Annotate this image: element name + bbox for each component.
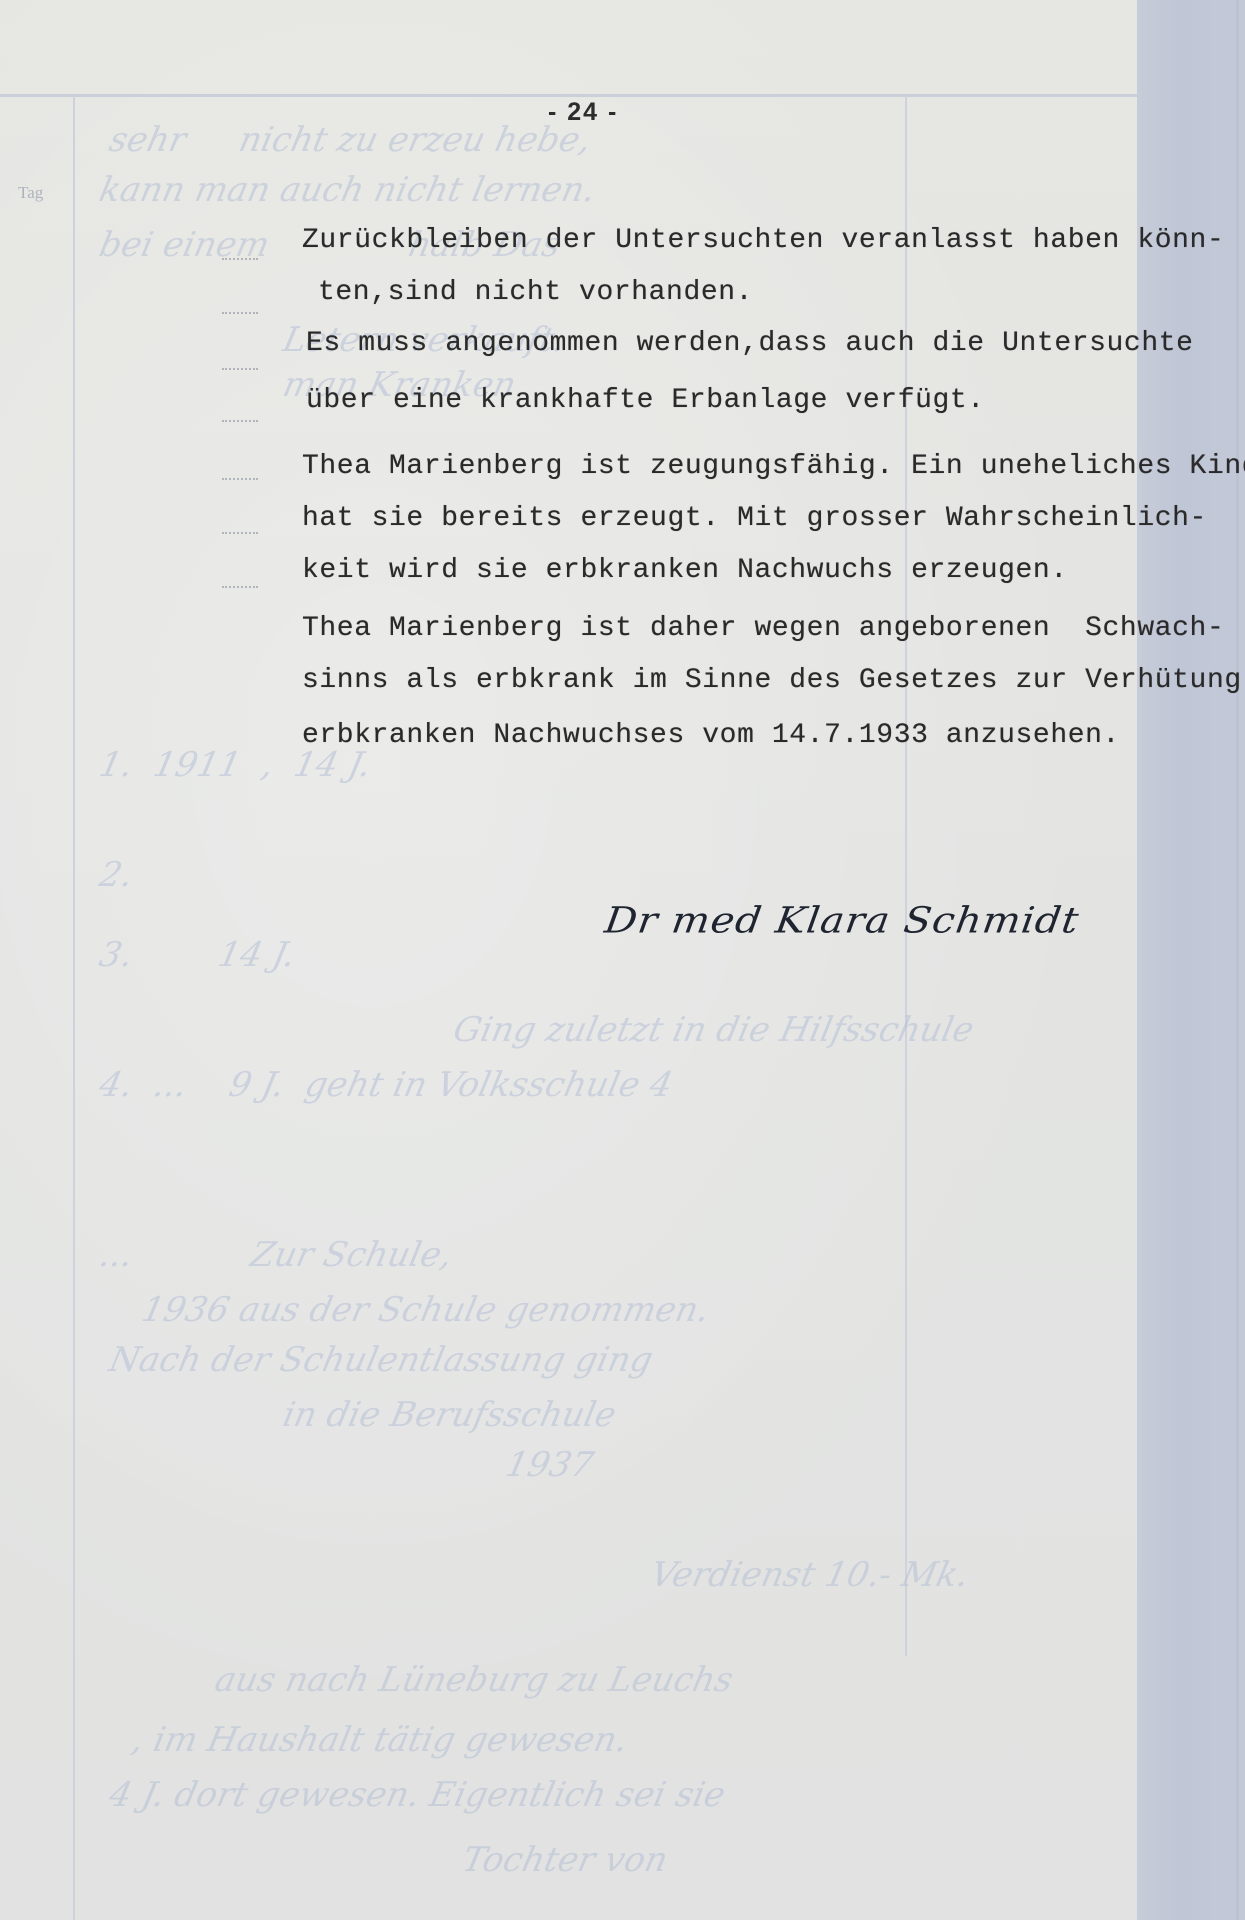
bleed-through-line: , im Haushalt tätig gewesen. [96,1720,632,1760]
bleed-through-line: 1. 1911 , 14 J. [96,745,375,785]
horizontal-rule [0,94,1137,97]
bleed-through-line: in die Berufsschule [96,1395,620,1435]
margin-label: Tag [18,183,43,203]
margin-mark [222,586,258,590]
bleed-through-line: aus nach Lüneburg zu Leuchs [136,1660,737,1700]
bleed-through-line: 3. 14 J. [96,935,299,975]
bleed-through-line: Nach der Schulentlassung ging [106,1340,657,1380]
typed-line: Es muss angenommen werden,dass auch die … [306,328,1194,359]
bleed-through-line: 2. [96,855,137,895]
typed-line: Thea Marienberg ist zeugungsfähig. Ein u… [302,451,1245,482]
bleed-through-line: Verdienst 10.- Mk. [496,1555,973,1595]
page-number: - 24 - [548,98,618,127]
typed-line: keit wird sie erbkranken Nachwuchs erzeu… [302,555,1068,586]
bleed-through-line: kann man auch nicht lernen. [96,170,599,210]
bleed-through-line: sehr nicht zu erzeu hebe, [106,120,595,160]
typed-line: erbkranken Nachwuchses vom 14.7.1933 anz… [302,720,1120,751]
document-page: Tag sehr nicht zu erzeu hebe, kann man a… [0,0,1245,1920]
right-edge-strip [1137,0,1245,1920]
left-margin-rule [73,96,75,1920]
margin-mark [222,258,258,262]
bleed-through-line: 4. ... 9 J. geht in Volksschule 4 [96,1065,676,1105]
bleed-through-line: 1937 [416,1445,598,1485]
margin-mark [222,532,258,536]
bleed-through-line: Ging zuletzt in die Hilfsschule [396,1010,978,1050]
margin-mark [222,478,258,482]
margin-mark [222,312,258,316]
bleed-through-line: Tochter von [416,1840,672,1880]
typed-line: über eine krankhafte Erbanlage verfügt. [306,385,985,416]
bleed-through-line: 4 J. dort gewesen. Eigentlich sei sie [106,1775,729,1815]
bleed-through-line: ... Zur Schule, [96,1235,456,1275]
margin-mark [222,368,258,372]
margin-mark [222,420,258,424]
typed-line: sinns als erbkrank im Sinne des Gesetzes… [302,665,1242,696]
bleed-through-line: 1936 aus der Schule genommen. [106,1290,713,1330]
typed-line: ten,sind nicht vorhanden. [318,277,753,308]
typed-line: Zurückbleiben der Untersuchten veranlass… [302,225,1224,256]
typed-line: hat sie bereits erzeugt. Mit grosser Wah… [302,503,1207,534]
typed-line: Thea Marienberg ist daher wegen angebore… [302,613,1224,644]
handwritten-signature: Dr med Klara Schmidt [602,900,1082,941]
